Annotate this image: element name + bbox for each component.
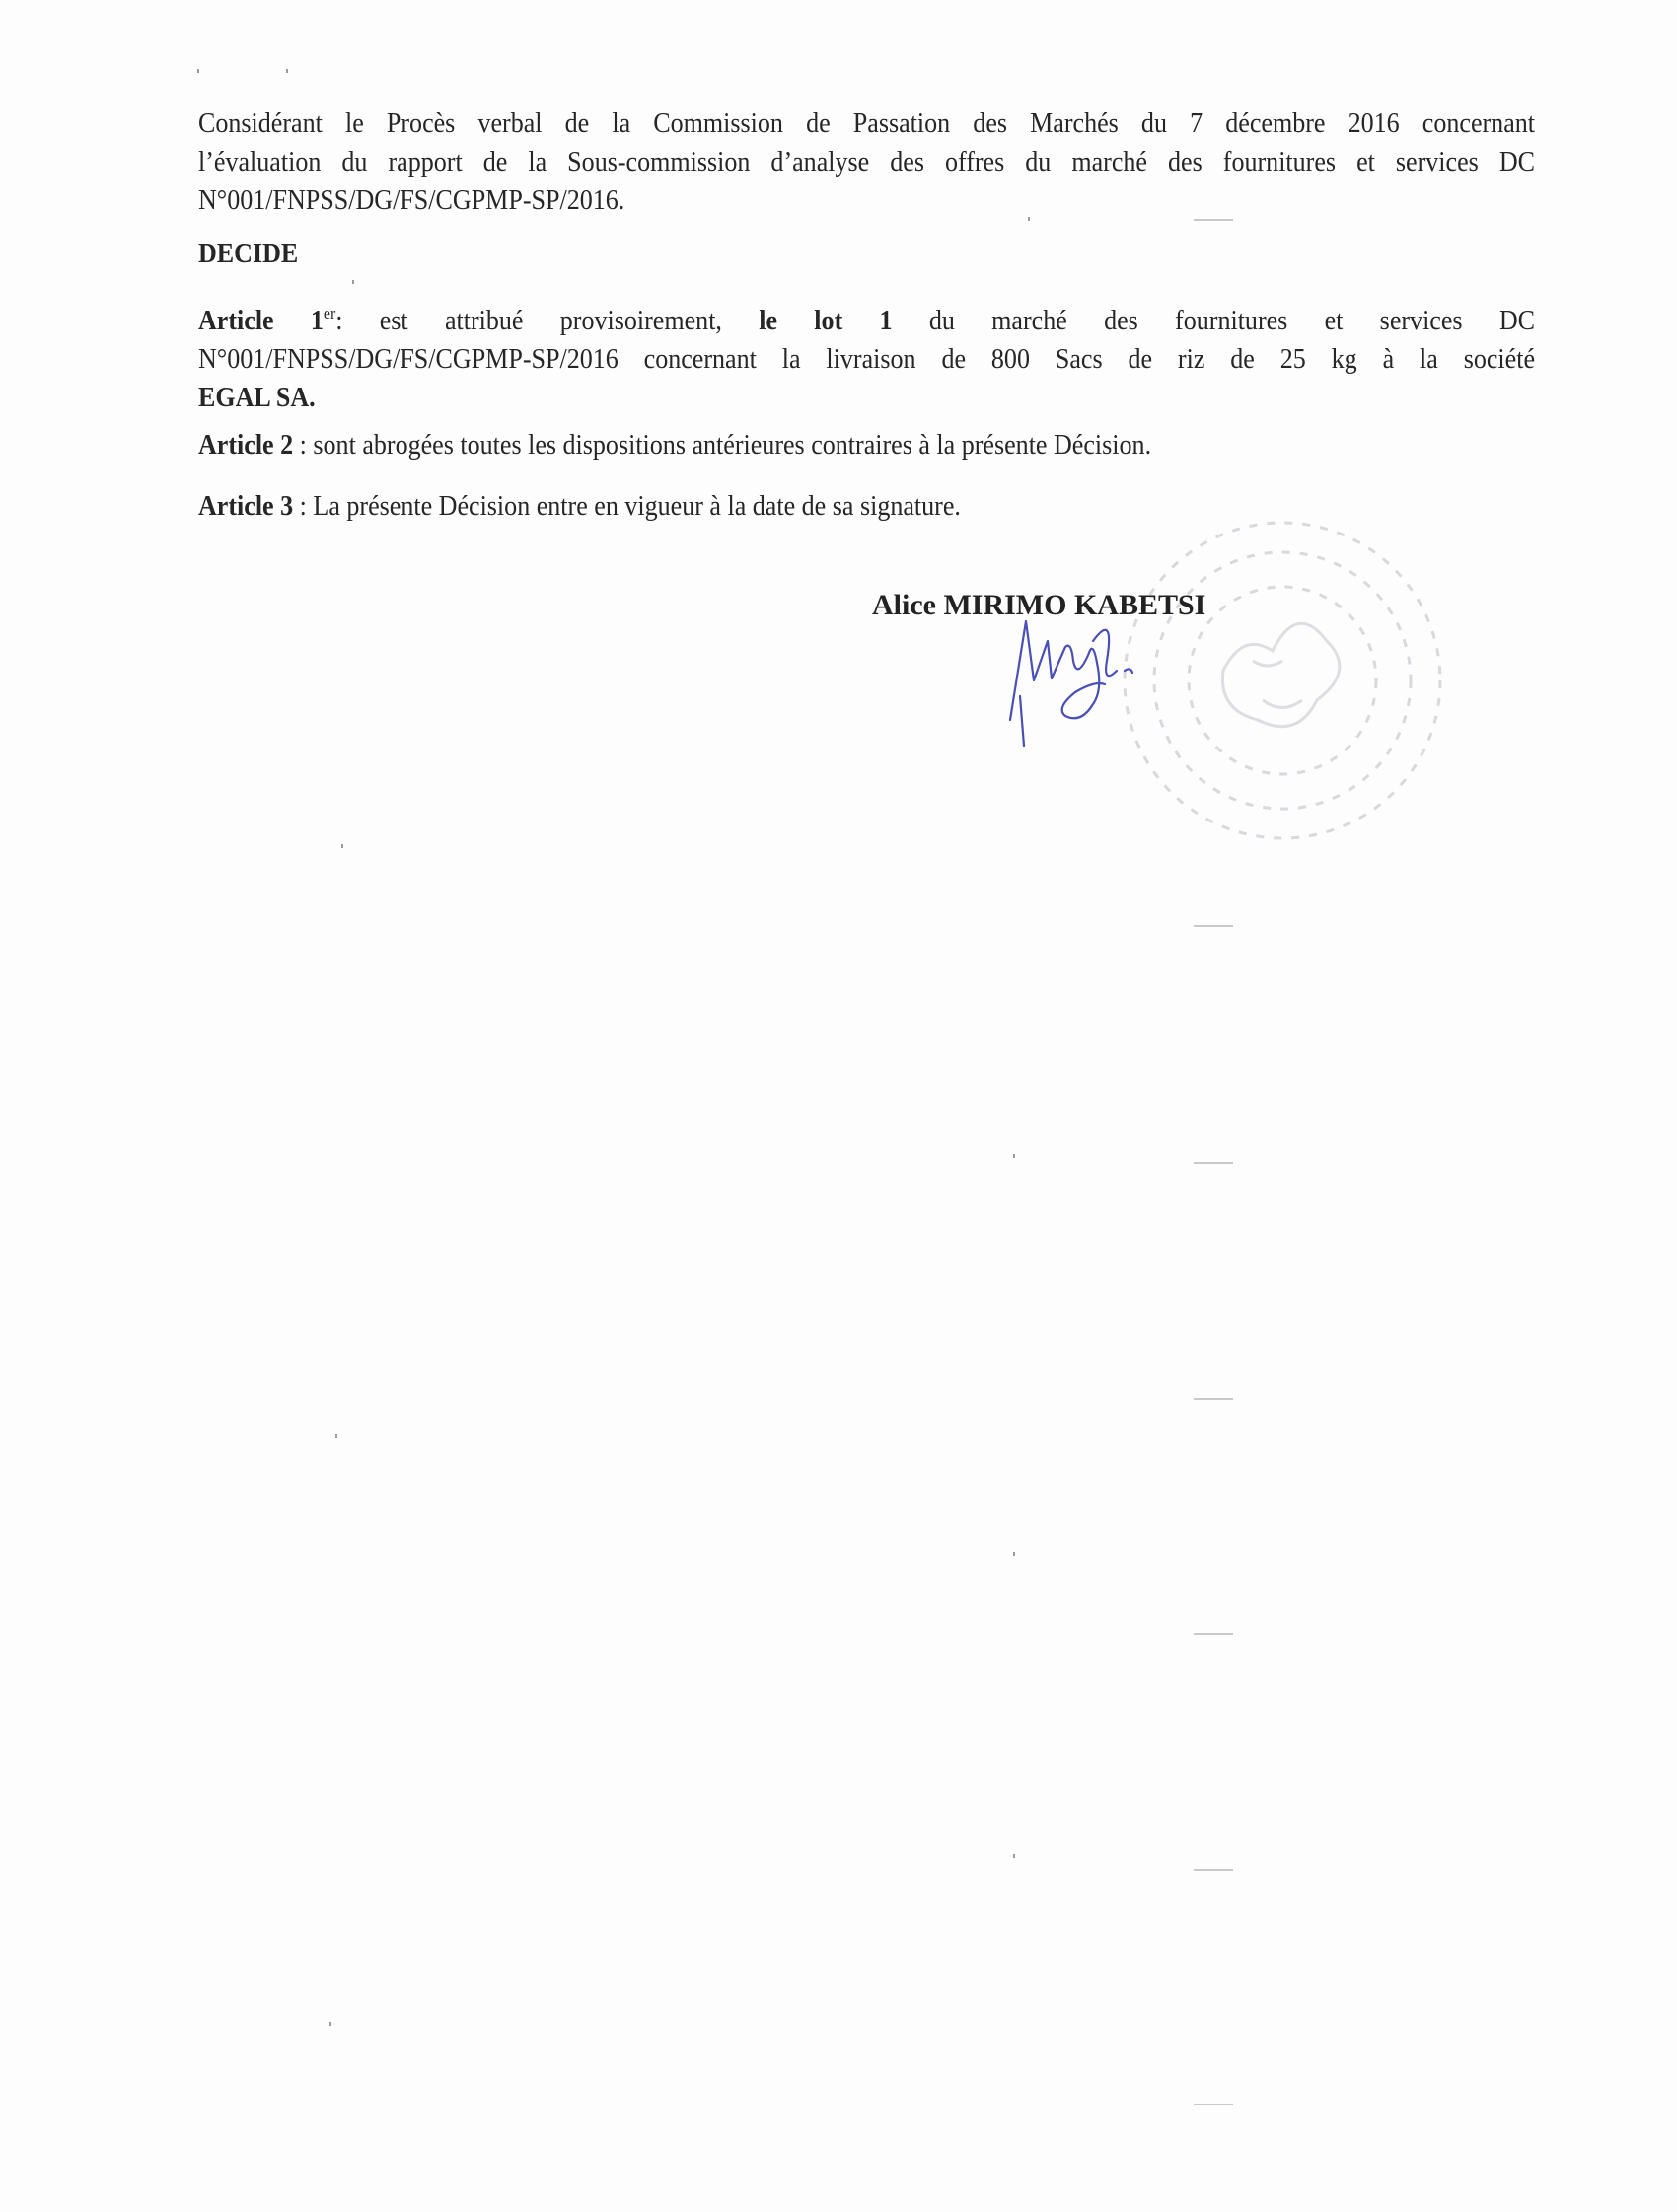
considering-line-3: N°001/FNPSS/DG/FS/CGPMP-SP/2016. (198, 181, 1535, 220)
scan-noise (1194, 1633, 1233, 1635)
article-1-lot: le lot 1 (759, 306, 892, 336)
scan-noise (1194, 1869, 1233, 1871)
scan-speck (197, 69, 199, 73)
scan-noise (1194, 1162, 1233, 1164)
scan-noise (1194, 1398, 1233, 1400)
scan-speck (1028, 217, 1030, 221)
considering-paragraph: Considérant le Procès verbal de la Commi… (198, 105, 1535, 220)
handwritten-signature-icon (986, 602, 1223, 759)
article-1-line-3: EGAL SA. (198, 379, 1535, 417)
scan-speck (1013, 1154, 1015, 1158)
article-3-text: : La présente Décision entre en vigueur … (293, 491, 961, 522)
scan-noise (1194, 219, 1233, 221)
scan-speck (329, 2022, 331, 2026)
article-2: Article 2 : sont abrogées toutes les dis… (198, 426, 1535, 464)
article-1-text-rest: du marché des fournitures et services DC (893, 306, 1535, 336)
scan-noise (1194, 925, 1233, 927)
article-1-label-sup: er (324, 304, 335, 322)
article-1-line-2: N°001/FNPSS/DG/FS/CGPMP-SP/2016 concerna… (198, 340, 1535, 379)
scan-speck (352, 280, 354, 284)
scan-speck (286, 69, 288, 73)
article-1-text: : est attribué provisoirement, (335, 306, 759, 336)
article-2-text: : sont abrogées toutes les dispositions … (293, 430, 1151, 461)
article-1-label: Article 1 (198, 306, 324, 336)
scan-speck (1013, 1552, 1015, 1556)
article-1-line-1: Article 1er: est attribué provisoirement… (198, 302, 1535, 340)
scan-speck (1013, 1854, 1015, 1858)
article-1-company: EGAL SA. (198, 383, 316, 413)
article-2-label: Article 2 (198, 430, 293, 461)
article-3-label: Article 3 (198, 491, 293, 522)
document-page: Considérant le Procès verbal de la Commi… (0, 0, 1677, 2212)
decide-heading: DECIDE (198, 235, 1535, 273)
considering-line-1: Considérant le Procès verbal de la Commi… (198, 105, 1535, 143)
article-1: Article 1er: est attribué provisoirement… (198, 302, 1535, 417)
scan-speck (341, 844, 343, 848)
scan-speck (335, 1434, 337, 1438)
article-2-line: Article 2 : sont abrogées toutes les dis… (198, 426, 1535, 464)
considering-line-2: l’évaluation du rapport de la Sous-commi… (198, 143, 1535, 181)
scan-noise (1194, 2104, 1233, 2105)
